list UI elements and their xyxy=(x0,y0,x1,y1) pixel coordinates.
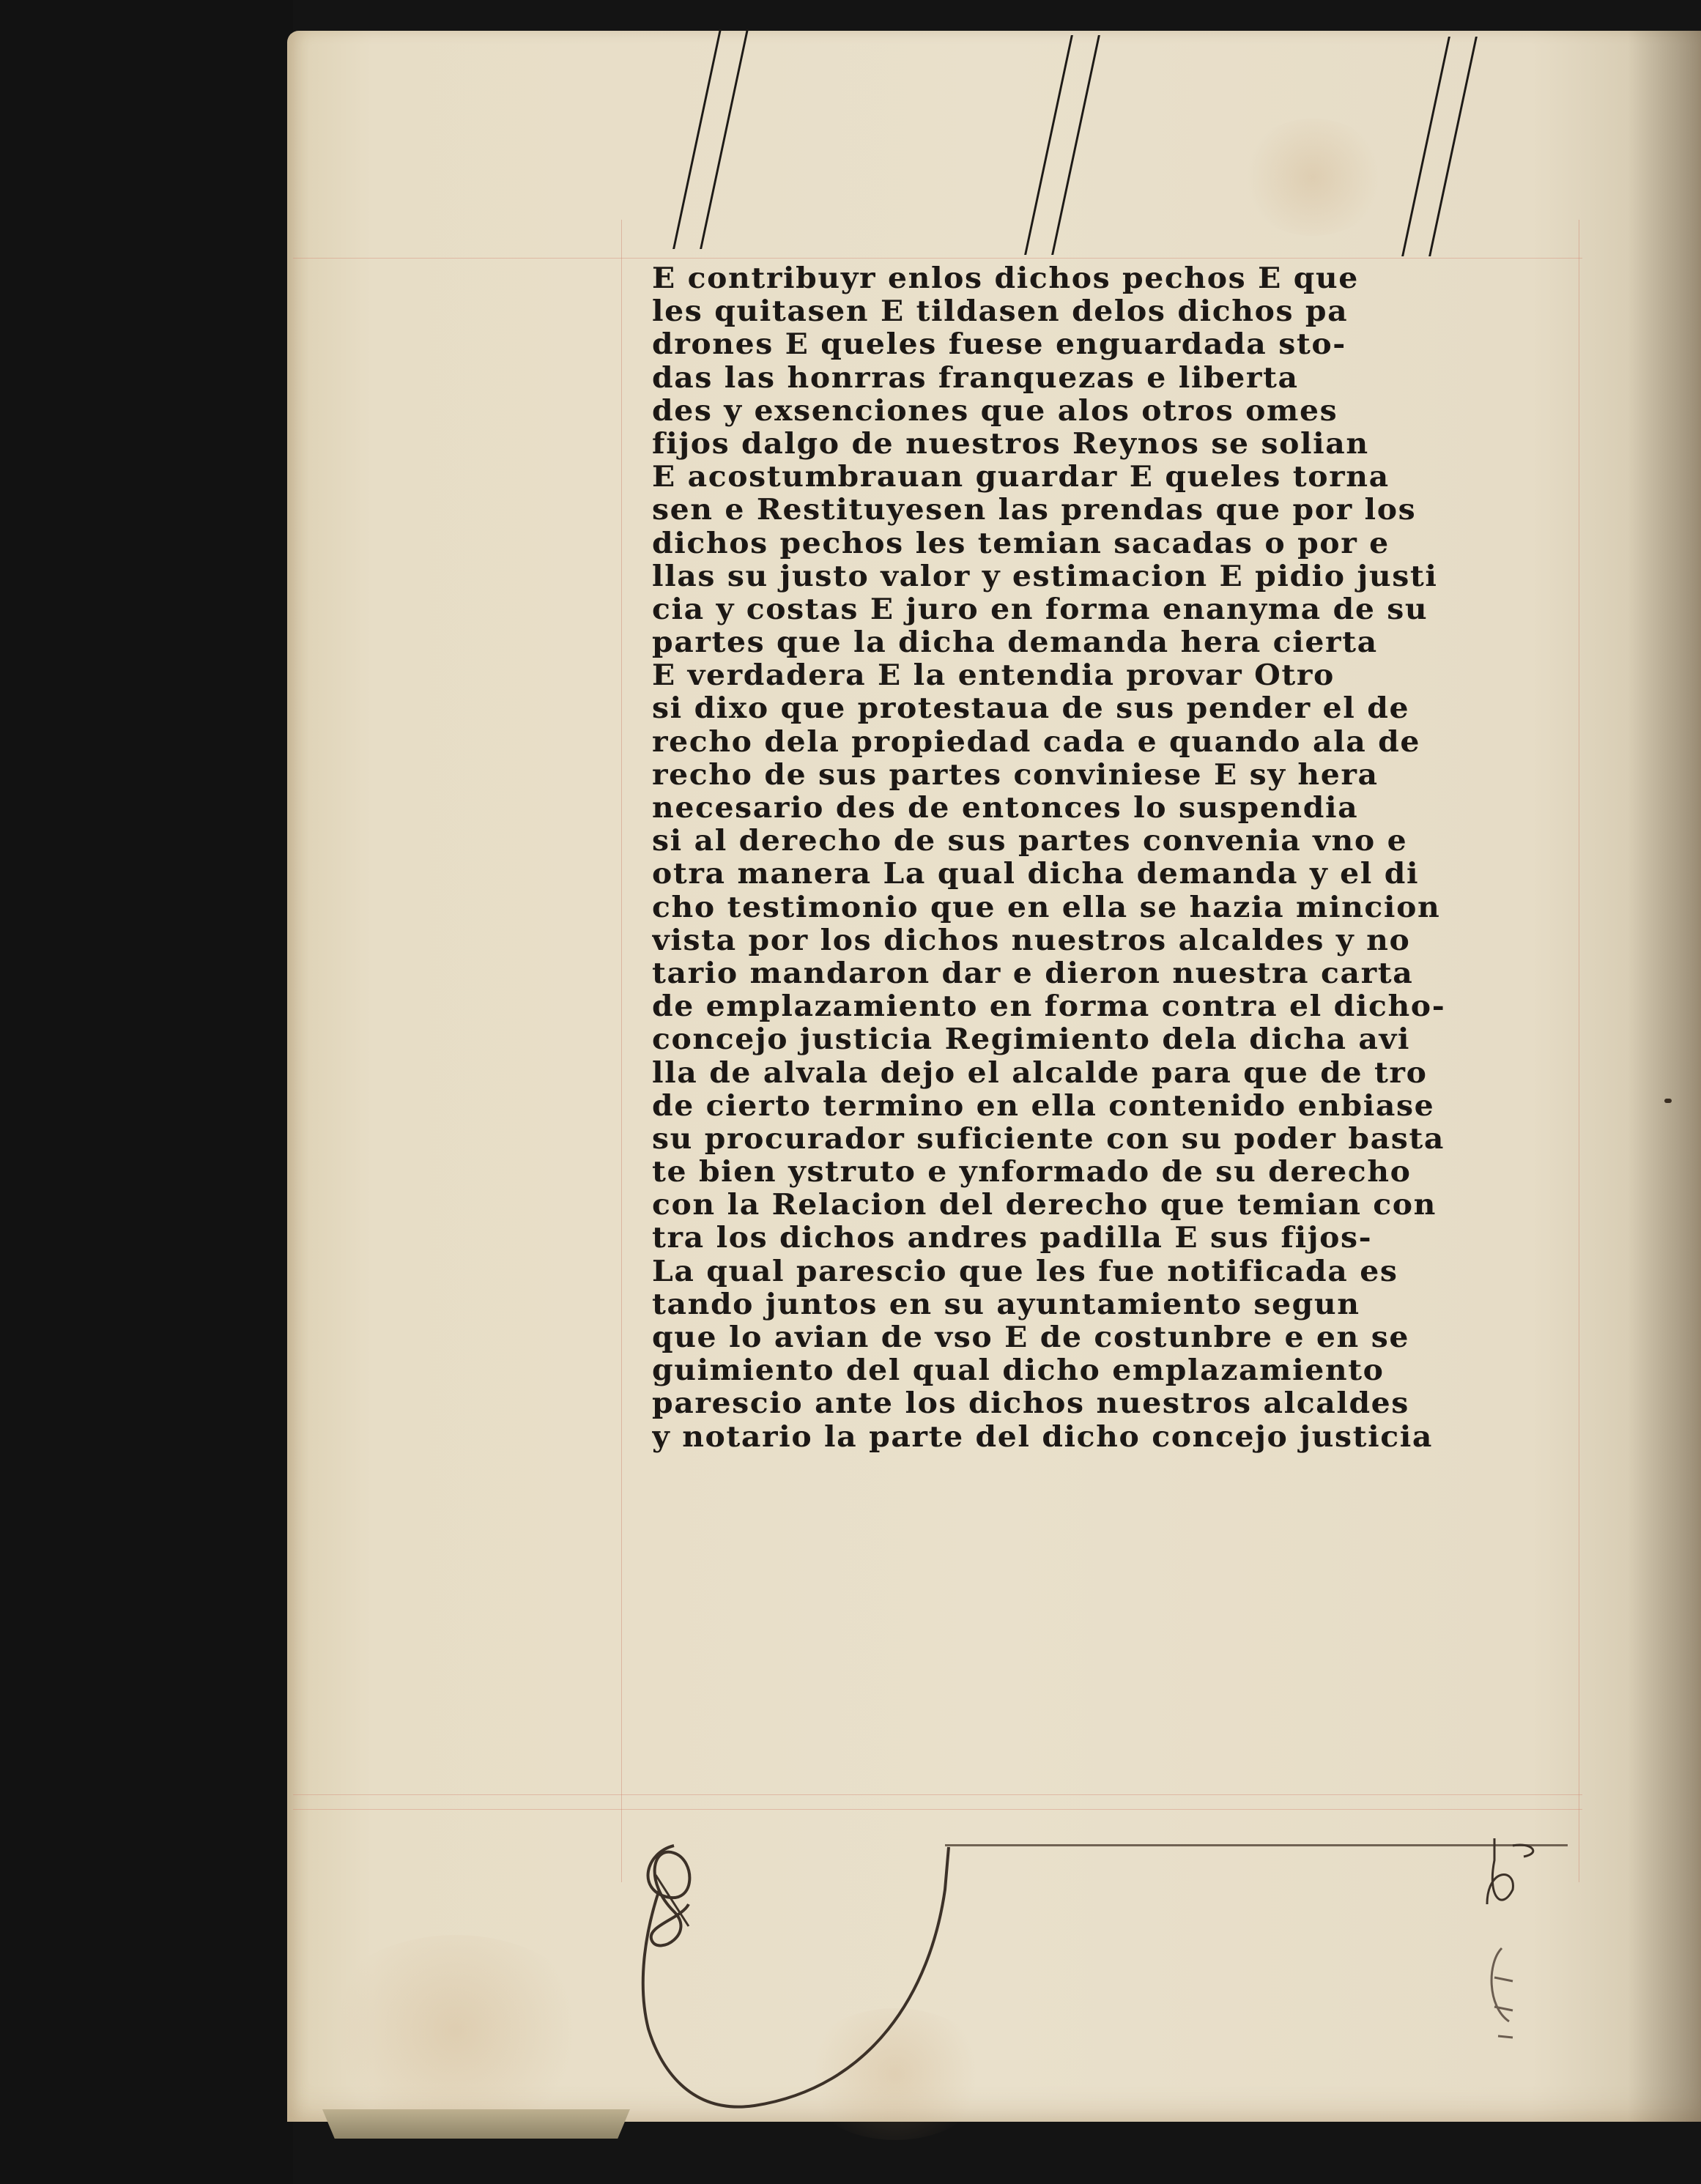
text-line: drones E queles fuese enguardada sto- xyxy=(652,328,1637,361)
text-line: La qual parescio que les fue notificada … xyxy=(652,1255,1637,1288)
text-line: dichos pechos les temian sacadas o por e xyxy=(652,527,1637,560)
text-line: y notario la parte del dicho concejo jus… xyxy=(652,1421,1637,1454)
text-line: das las honrras franquezas e liberta xyxy=(652,362,1637,395)
scan-background xyxy=(0,0,293,2184)
text-line: si al derecho de sus partes convenia vno… xyxy=(652,825,1637,858)
text-line: de cierto termino en ella contenido enbi… xyxy=(652,1090,1637,1123)
text-line: les quitasen E tildasen delos dichos pa xyxy=(652,295,1637,328)
foxing-stain xyxy=(1239,119,1386,236)
text-line: concejo justicia Regimiento dela dicha a… xyxy=(652,1023,1637,1056)
text-line: te bien ystruto e ynformado de su derech… xyxy=(652,1156,1637,1189)
text-line: llas su justo valor y estimacion E pidio… xyxy=(652,560,1637,593)
text-line: recho de sus partes conviniese E sy hera xyxy=(652,759,1637,792)
ruling-line xyxy=(293,258,1582,259)
signature-flourish-icon xyxy=(630,1831,718,1977)
ruling-line xyxy=(293,1794,1582,1795)
text-line: fijos dalgo de nuestros Reynos se solian xyxy=(652,428,1637,461)
text-line: des y exsenciones que alos otros omes xyxy=(652,395,1637,428)
text-line: tando juntos en su ayuntamiento segun xyxy=(652,1288,1637,1321)
folded-corner xyxy=(322,2109,630,2139)
text-line: lla de alvala dejo el alcalde para que d… xyxy=(652,1057,1637,1090)
manuscript-text: E contribuyr enlos dichos pechos E que l… xyxy=(652,262,1590,1454)
text-line: con la Relacion del derecho que temian c… xyxy=(652,1189,1637,1222)
text-line: E verdadera E la entendia provar Otro xyxy=(652,659,1637,692)
text-line: si dixo que protestaua de sus pender el … xyxy=(652,692,1637,725)
ink-spot xyxy=(1664,1099,1672,1103)
text-line: que lo avian de vso E de costunbre e en … xyxy=(652,1321,1637,1354)
text-line: partes que la dicha demanda hera cierta xyxy=(652,626,1637,659)
text-line: cia y costas E juro en forma enanyma de … xyxy=(652,593,1637,626)
marginal-rubric-icon xyxy=(1472,1838,1553,2080)
text-line: sen e Restituyesen las prendas que por l… xyxy=(652,494,1637,527)
text-line: otra manera La qual dicha demanda y el d… xyxy=(652,858,1637,891)
text-line: tario mandaron dar e dieron nuestra cart… xyxy=(652,957,1637,990)
text-line: cho testimonio que en ella se hazia minc… xyxy=(652,891,1637,924)
text-line: E acostumbrauan guardar E queles torna xyxy=(652,461,1637,494)
text-line: tra los dichos andres padilla E sus fijo… xyxy=(652,1222,1637,1255)
ruling-line xyxy=(293,1809,1582,1810)
water-stain xyxy=(316,1935,595,2125)
text-line: su procurador suficiente con su poder ba… xyxy=(652,1123,1637,1156)
text-line: parescio ante los dichos nuestros alcald… xyxy=(652,1387,1637,1420)
text-line: guimiento del qual dicho emplazamiento xyxy=(652,1354,1637,1387)
text-line: E contribuyr enlos dichos pechos E que xyxy=(652,262,1637,295)
text-line: vista por los dichos nuestros alcaldes y… xyxy=(652,924,1637,957)
text-line: necesario des de entonces lo suspendia xyxy=(652,792,1637,825)
text-line: recho dela propiedad cada e quando ala d… xyxy=(652,726,1637,759)
text-line: de emplazamiento en forma contra el dich… xyxy=(652,990,1637,1023)
page-gutter-shadow xyxy=(1628,31,1701,2122)
ruling-margin-left xyxy=(621,220,622,1882)
